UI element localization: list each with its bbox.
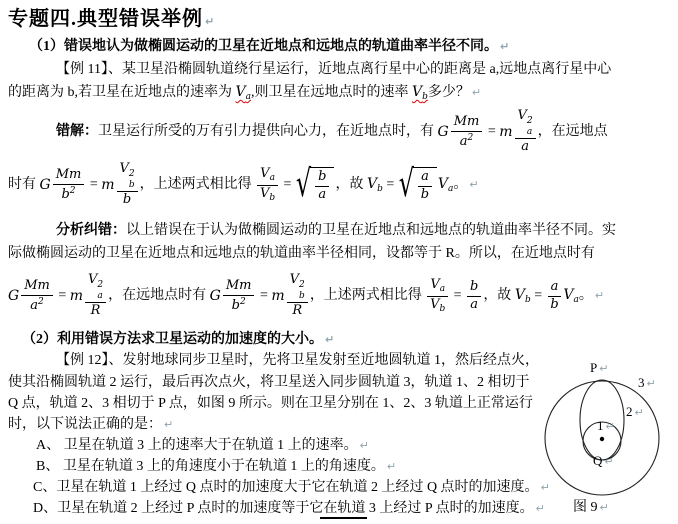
section-1-heading: （1）错误地认为做椭圆运动的卫星在近地点和远地点的轨道曲率半径不同。↵ bbox=[29, 38, 509, 56]
example-11-line-1: 【例 11】、某卫星沿椭圆轨道绕行星运行，近地点离行星中心的距离是 a,远地点离… bbox=[56, 61, 611, 79]
option-d: D、卫星在轨道 2 上经过 P 点时的加速度等于它在轨道 3 上经过 P 点时的… bbox=[33, 500, 545, 518]
paragraph-mark: ↵ bbox=[500, 40, 509, 53]
paragraph-mark: ↵ bbox=[606, 420, 615, 433]
paragraph-mark: ↵ bbox=[635, 406, 644, 419]
example-11-line-2: 的距离为 b,若卫星在近地点的速率为 Va,则卫星在远地点时的速率 Vb多少？↵ bbox=[8, 83, 481, 104]
paragraph-mark: ↵ bbox=[387, 460, 396, 473]
figure-caption-text: 图 9 bbox=[573, 500, 598, 515]
paragraph-mark: ↵ bbox=[604, 455, 613, 468]
label-point-q: Q↵ bbox=[593, 453, 614, 470]
label-point-p-text: P bbox=[590, 360, 597, 375]
option-a-text: A、 卫星在轨道 3 上的速率大于在轨道 1 上的速率。 bbox=[36, 438, 358, 453]
figure-caption: 图 9↵ bbox=[573, 499, 609, 517]
section-2-heading: （2）利用错误方法求卫星运动的加速度的大小。↵ bbox=[22, 331, 334, 349]
analysis-formula-line: GMma2 = mV2aR，在远地点时有 GMmb2 = mV2bR，上述两式相… bbox=[8, 271, 604, 321]
paragraph-mark: ↵ bbox=[647, 377, 656, 390]
document-page: { "page": {"background": "#ffffff", "tex… bbox=[0, 0, 678, 524]
example-12-line-2: 使其沿椭圆轨道 2 运行，最后再次点火，将卫星送入同步圆轨道 3，轨道 1、2 … bbox=[8, 374, 530, 392]
orbit-diagram: P↵ 3↵ 2↵ 1↵ Q↵ 图 9↵ bbox=[542, 358, 678, 522]
label-orbit-1-text: 1 bbox=[597, 418, 604, 433]
paragraph-mark: ↵ bbox=[599, 362, 608, 375]
option-c-text: C、卫星在轨道 1 上经过 Q 点时的加速度大于它在轨道 2 上经过 Q 点时的… bbox=[33, 480, 539, 495]
paragraph-mark: ↵ bbox=[600, 501, 609, 514]
analysis-line-1: 分析纠错：以上错误在于认为做椭圆运动的卫星在近地点和远地点的轨道曲率半径不同。实 bbox=[56, 222, 616, 240]
paragraph-mark: ↵ bbox=[325, 333, 334, 346]
label-point-q-text: Q bbox=[593, 453, 602, 468]
paragraph-mark: ↵ bbox=[360, 439, 369, 452]
option-d-text: D、卫星在轨道 2 上经过 P 点时的加速度等于它在轨道 3 上经过 P 点时的… bbox=[33, 501, 534, 516]
paragraph-mark: ↵ bbox=[205, 15, 215, 28]
label-orbit-2-text: 2 bbox=[626, 404, 633, 419]
section-2-heading-text: （2）利用错误方法求卫星运动的加速度的大小。 bbox=[22, 332, 323, 347]
label-orbit-3: 3↵ bbox=[638, 375, 656, 392]
earth-center-dot bbox=[600, 437, 604, 441]
option-b: B、 卫星在轨道 3 上的角速度小于在轨道 1 上的角速度。↵ bbox=[36, 458, 396, 476]
example-12-line-1: 【例 12】、发射地球同步卫星时，先将卫星发射至近地圆轨道 1，然后经点火， bbox=[56, 352, 539, 370]
wrong-solution-line-1: 错解：卫星运行所受的万有引力提供向心力，在近地点时，有 GMma2 = mV2a… bbox=[56, 107, 608, 157]
example-12-line-4: 时，以下说法正确的是：↵ bbox=[8, 416, 173, 434]
doc-title-text: 专题四.典型错误举例 bbox=[8, 8, 203, 30]
wrong-solution-line-2: 时有 GMmb2 = mV2bb，上述两式相比得 VaVb = √ba，故 Vb… bbox=[8, 160, 479, 210]
analysis-line-2: 际做椭圆运动的卫星在近地点和远地点的轨道曲率半径相同，设都等于 R。所以，在近地… bbox=[8, 245, 595, 263]
example-12-line-3: Q 点，轨道 2、3 相切于 P 点，如图 9 所示。则在卫星分别在 1、2、3… bbox=[8, 395, 533, 413]
label-orbit-2: 2↵ bbox=[626, 404, 644, 421]
label-orbit-3-text: 3 bbox=[638, 375, 645, 390]
option-b-text: B、 卫星在轨道 3 上的角速度小于在轨道 1 上的角速度。 bbox=[36, 459, 385, 474]
option-c: C、卫星在轨道 1 上经过 Q 点时的加速度大于它在轨道 2 上经过 Q 点时的… bbox=[33, 479, 550, 497]
label-point-p: P↵ bbox=[590, 360, 608, 377]
doc-title: 专题四.典型错误举例↵ bbox=[8, 6, 215, 32]
section-1-heading-text: （1）错误地认为做椭圆运动的卫星在近地点和远地点的轨道曲率半径不同。 bbox=[29, 39, 498, 54]
option-a: A、 卫星在轨道 3 上的速率大于在轨道 1 上的速率。↵ bbox=[36, 437, 369, 455]
label-orbit-1: 1↵ bbox=[597, 418, 615, 435]
footer-divider-line bbox=[320, 517, 367, 519]
